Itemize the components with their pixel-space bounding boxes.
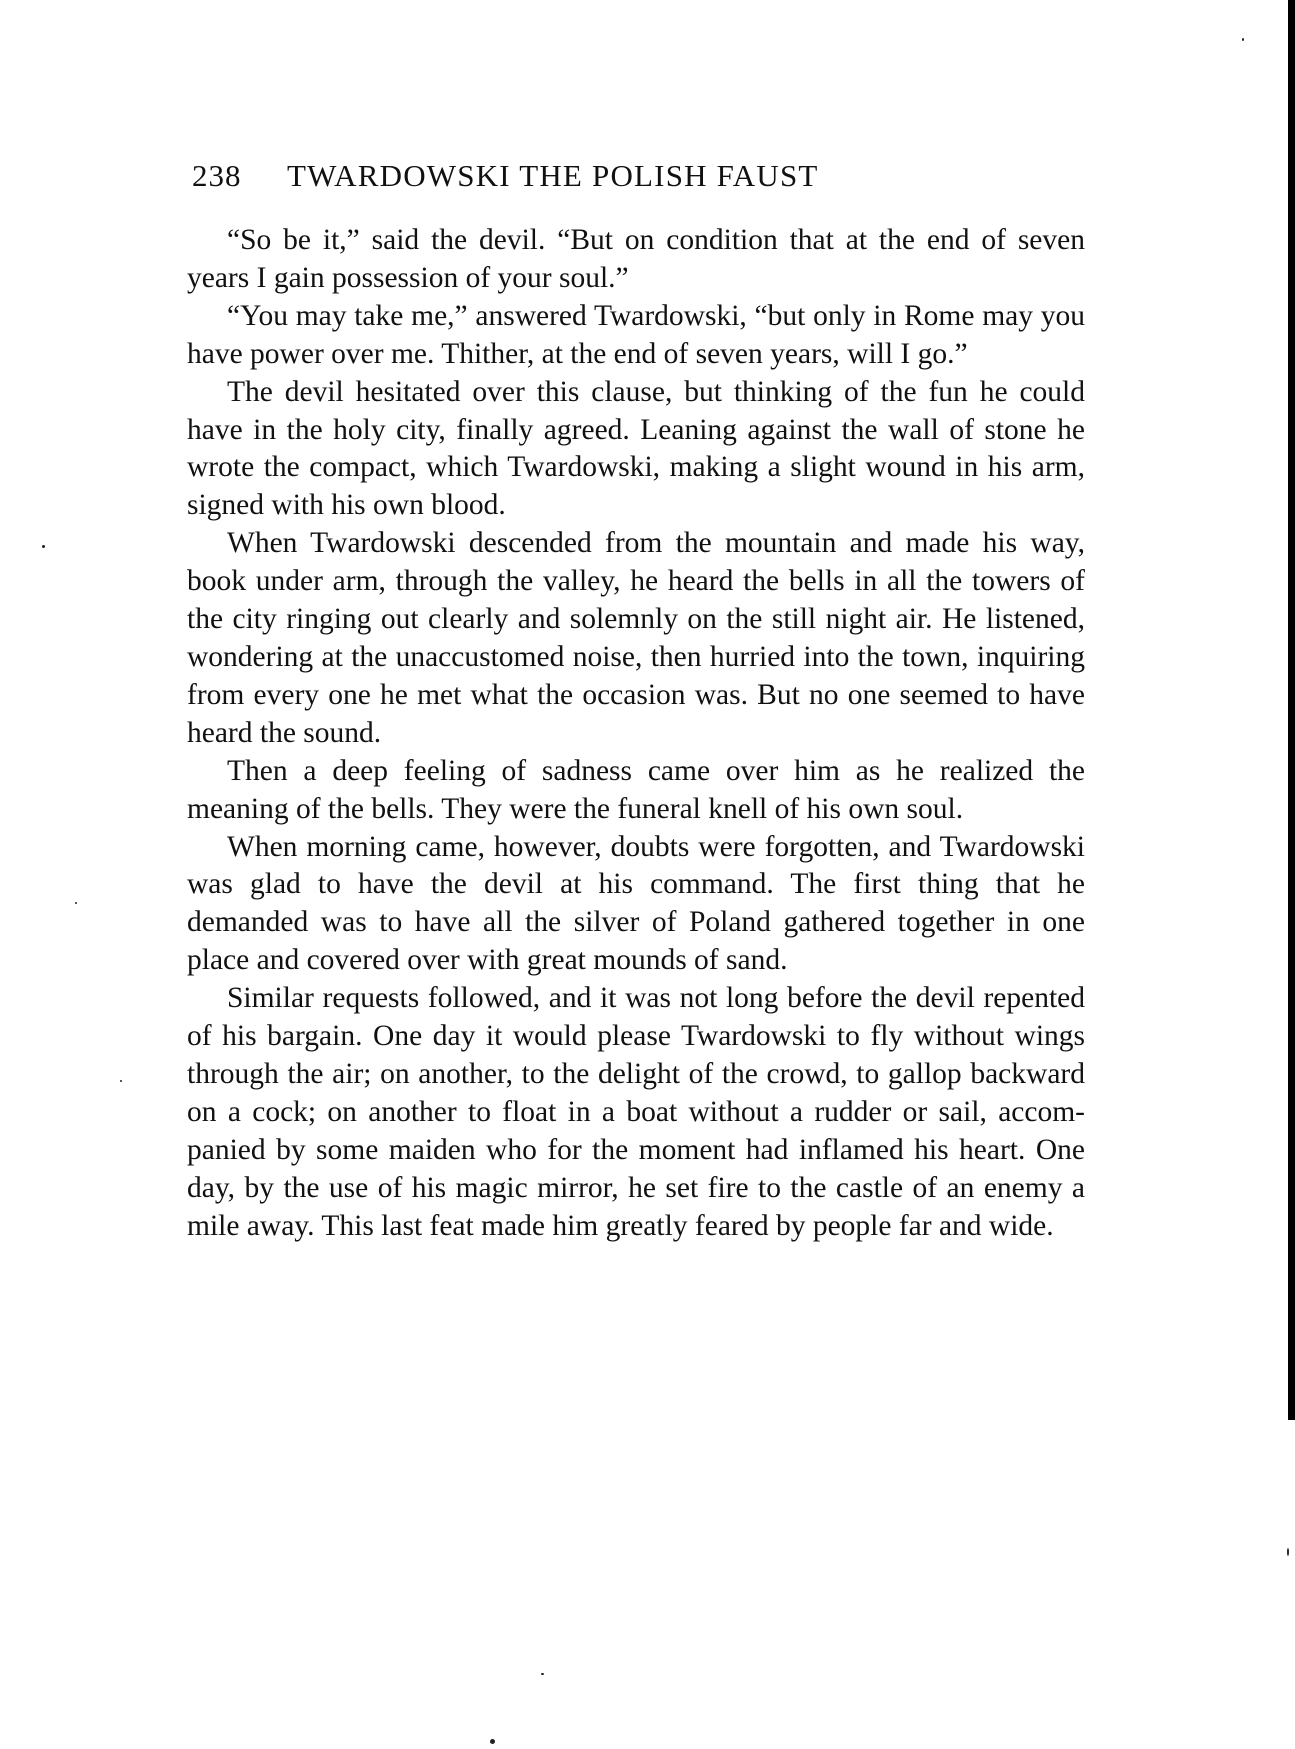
page-number: 238 [192,158,242,194]
paragraph: Similar requests followed, and it was no… [187,980,1085,1245]
scan-speck [1287,1548,1289,1556]
book-page: 238 TWARDOWSKI THE POLISH FAUST “So be i… [0,0,1295,1749]
running-head: 238 TWARDOWSKI THE POLISH FAUST [192,158,1092,198]
scan-speck [541,1673,544,1675]
body-text: “So be it,” said the devil. “But on cond… [187,222,1085,1245]
scan-speck [1242,38,1244,41]
running-title: TWARDOWSKI THE POLISH FAUST [287,158,819,194]
scan-speck [75,902,77,904]
scan-speck [42,545,45,548]
paragraph: When Twardowski descended from the mount… [187,525,1085,752]
scan-speck [120,1080,122,1082]
page-binding-edge [1288,0,1295,1420]
paragraph: “You may take me,” answered Twardowski, … [187,298,1085,374]
paragraph: The devil hesitated over this clause, bu… [187,374,1085,526]
paragraph: When morning came, however, doubts were … [187,829,1085,981]
paragraph: Then a deep feeling of sadness came over… [187,753,1085,829]
paragraph: “So be it,” said the devil. “But on cond… [187,222,1085,298]
scan-speck [490,1739,495,1744]
